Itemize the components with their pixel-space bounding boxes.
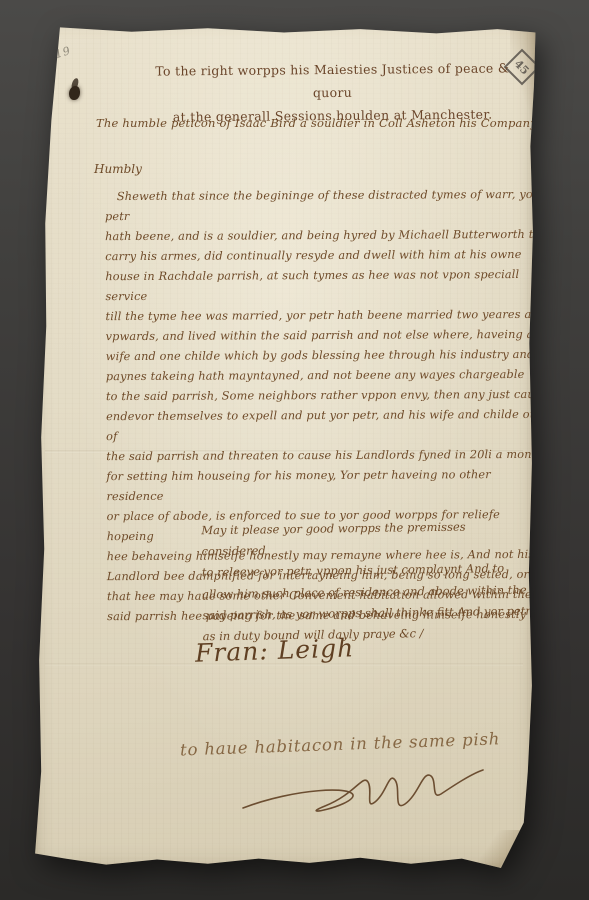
manuscript-paper: 19 45 To the right worpps his Maiesties … — [30, 18, 538, 874]
body-line: wife and one childe which by gods blessi… — [106, 345, 548, 367]
heading-line: To the right worpps his Maiesties Justic… — [135, 56, 530, 105]
body-line: hath beene, and is a souldier, and being… — [105, 225, 547, 247]
body-line: endevor themselves to expell and put yor… — [106, 405, 548, 447]
endorsement-note: to haue habitacon in the same pish — [180, 728, 550, 760]
ink-blot — [67, 78, 82, 104]
pencil-mark: 19 — [53, 44, 72, 61]
body-line: house in Rachdale parrish, at such tymes… — [105, 265, 547, 307]
body-line: vpwards, and lived within the said parri… — [106, 325, 548, 347]
body-line: for setting him houseing for his money, … — [106, 465, 548, 507]
photo-background: 19 45 To the right worpps his Maiesties … — [0, 0, 589, 900]
paper-shadow-wrap: 19 45 To the right worpps his Maiesties … — [0, 0, 589, 900]
flourish-initials-icon — [235, 766, 490, 826]
body-line: Sheweth that since the begininge of thes… — [105, 185, 547, 227]
salutation-line: The humble peticon of Isaac Bird a sould… — [96, 116, 546, 130]
opening-word: Humbly — [94, 162, 142, 176]
body-line: the said parrish and threaten to cause h… — [106, 445, 548, 467]
prayer-line: May it please yor good worpps the premis… — [201, 516, 532, 563]
petition-prayer: May it please yor good worpps the premis… — [201, 516, 533, 648]
body-line: carry his armes, did continually resyde … — [105, 245, 547, 267]
paper-fold-bottom-right — [468, 830, 540, 874]
body-line: till the tyme hee was married, yor petr … — [105, 305, 547, 327]
body-line: to the said parrish, Some neighbors rath… — [106, 385, 548, 407]
body-line: paynes takeing hath mayntayned, and not … — [106, 365, 548, 387]
signature: Fran: Leigh — [195, 633, 355, 668]
